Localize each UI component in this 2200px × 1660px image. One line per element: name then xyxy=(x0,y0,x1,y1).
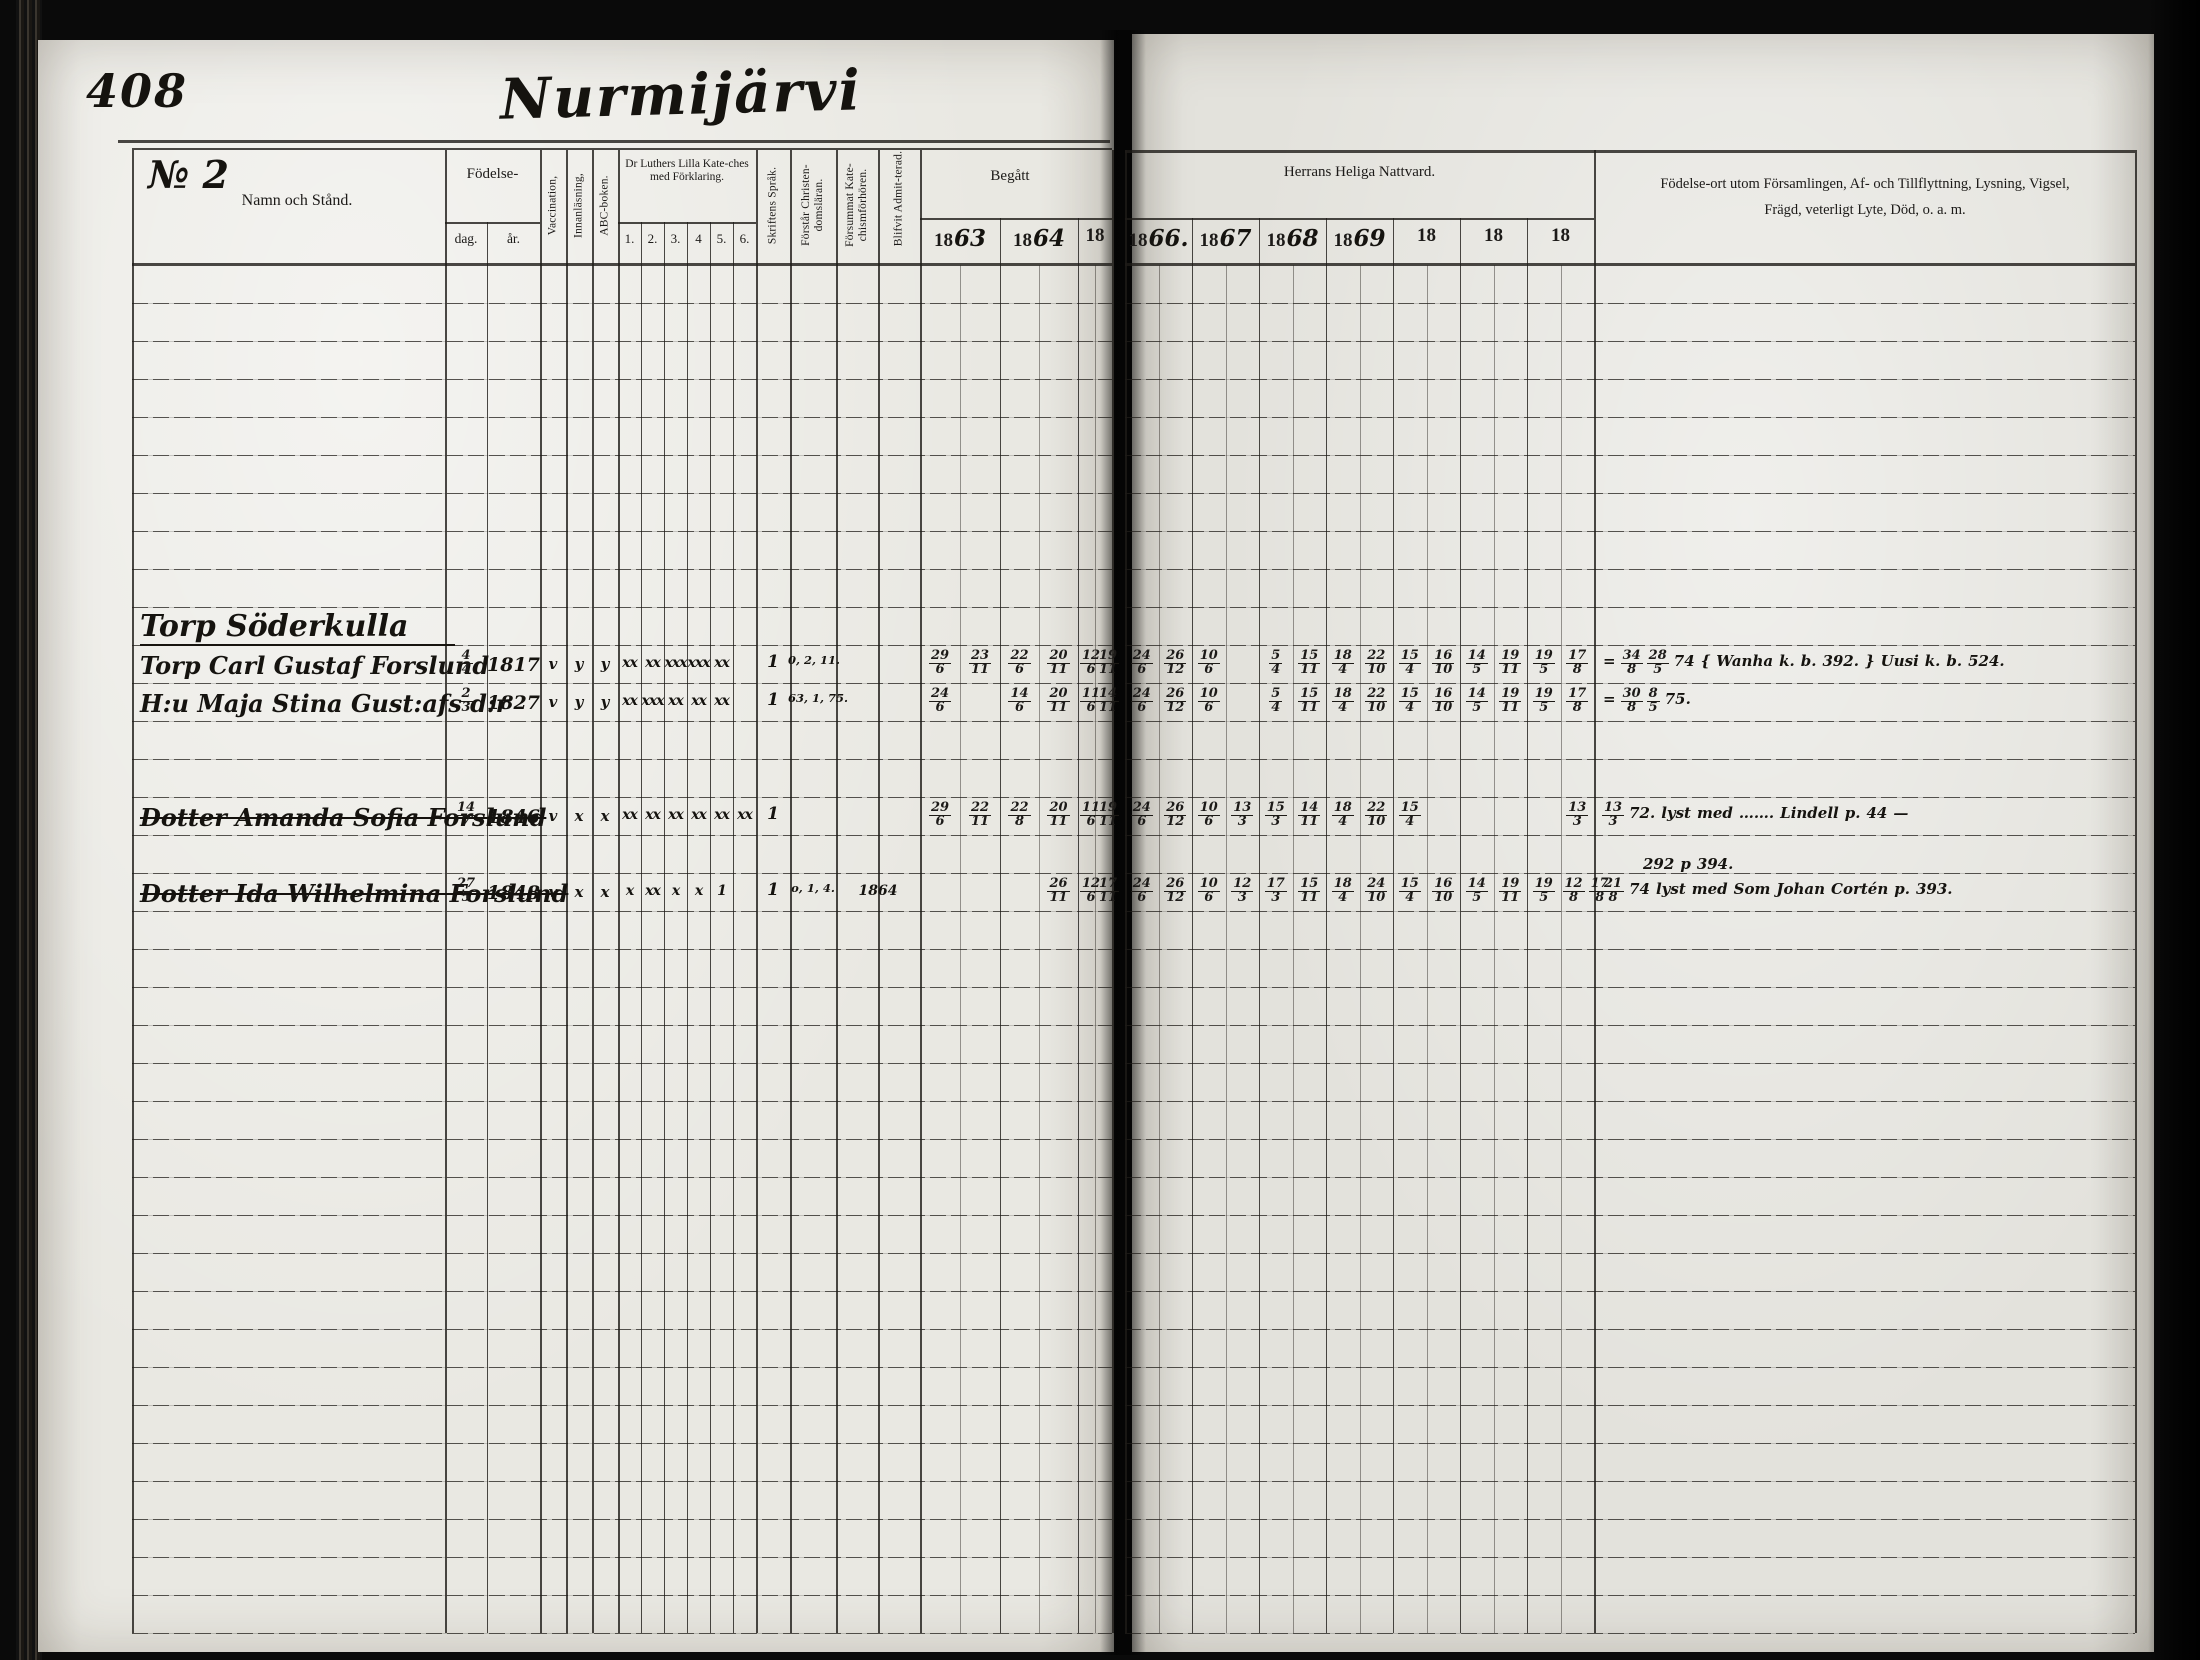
entry-catechism-mark: xx xyxy=(664,807,687,823)
entry-communion-date: 2612 xyxy=(1159,878,1193,904)
grid-row-line xyxy=(1125,911,2135,912)
entry-communion-date: 195 xyxy=(1527,878,1561,904)
grid-row-line xyxy=(132,835,1112,836)
entry-communion-date: 296 xyxy=(920,650,960,676)
farm-heading: Torp Söderkulla xyxy=(140,609,455,646)
year-header-cell: 18 xyxy=(1527,225,1594,247)
entry-communion-date: 106 xyxy=(1192,802,1226,828)
entry-communion-date: 154 xyxy=(1393,688,1427,714)
entry-scripture-language: 1 xyxy=(756,880,790,900)
entry-vaccination-mark: v xyxy=(540,655,566,673)
notes-header-line2: Frägd, veterligt Lyte, Död, o. a. m. xyxy=(1600,202,2130,219)
year-header-cell: 18 xyxy=(1393,225,1460,247)
grid-row-line xyxy=(132,721,1112,722)
grid-subcol-line xyxy=(1039,265,1040,1633)
missed-exams-header: Försummat Kate-chismförhören. xyxy=(844,149,870,261)
entry-margin-note: 21874lystmedSomJohanCorténp.393. xyxy=(1600,878,2140,904)
grid-row-line xyxy=(132,1025,1112,1026)
entry-communion-date: 146 xyxy=(1000,688,1039,714)
entry-communion-date: 116 xyxy=(1078,802,1095,828)
grid-row-line xyxy=(1125,379,2135,380)
grid-row-line xyxy=(1125,721,2135,722)
entry-communion-date: 1610 xyxy=(1427,650,1461,676)
grid-row-line xyxy=(1125,455,2135,456)
grid-subcol-line xyxy=(1293,265,1294,1633)
entry-communion-date: 2011 xyxy=(1039,650,1078,676)
grid-row-line xyxy=(1125,1557,2135,1558)
entry-reading-mark: y xyxy=(566,655,592,673)
grid-row-line xyxy=(132,1253,1112,1254)
entry-communion-date: 1511 xyxy=(1293,878,1327,904)
grid-col-line xyxy=(664,222,665,1633)
entry-communion-date: 178 xyxy=(1561,650,1595,676)
entry-communion-date: 184 xyxy=(1326,802,1360,828)
grid-subcol-line xyxy=(1226,265,1227,1633)
grid-row-line xyxy=(1125,1139,2135,1140)
entry-admitted-year: 1864 xyxy=(836,883,920,899)
grid-row-line xyxy=(132,303,1112,304)
grid-row-line xyxy=(1125,987,2135,988)
table-top-rule xyxy=(1125,150,2135,153)
grid-row-line xyxy=(1125,1253,2135,1254)
entry-margin-note: =34828574{Wanhak.b.392.}Uusik.b.524. xyxy=(1600,650,2140,676)
catechism-subcolumn-header: 6. xyxy=(733,231,756,247)
grid-row-line xyxy=(132,759,1112,760)
entry-vaccination-mark: v xyxy=(540,883,566,901)
page-title-script: Nurmijärvi xyxy=(499,57,862,132)
year-header-cell: 1866. xyxy=(1125,225,1192,252)
grid-col-line xyxy=(132,150,134,1633)
entry-catechism-mark: xx xyxy=(618,807,641,823)
entry-communion-date: 106 xyxy=(1192,650,1226,676)
entry-communion-date: 154 xyxy=(1393,802,1427,828)
entry-communion-date: 246 xyxy=(1125,878,1159,904)
entry-reading-mark: y xyxy=(566,693,592,711)
entry-communion-date: 1911 xyxy=(1494,878,1528,904)
entry-catechism-mark: xxx xyxy=(687,655,710,671)
grid-row-line xyxy=(132,607,1112,608)
entry-understands-note: o, 1, 4. xyxy=(788,881,838,895)
entry-catechism-mark: xx xyxy=(710,807,733,823)
grid-col-line xyxy=(1259,218,1260,1633)
header-sub-rule xyxy=(445,222,540,224)
grid-row-line xyxy=(132,1291,1112,1292)
entry-communion-date: 246 xyxy=(1125,688,1159,714)
grid-subcol-line xyxy=(1561,265,1562,1633)
grid-row-line xyxy=(1125,1025,2135,1026)
entry-communion-date: 106 xyxy=(1192,878,1226,904)
entry-abc-mark: y xyxy=(592,655,618,673)
year-header-cell: 18 xyxy=(1460,225,1527,247)
year-header-cell: 1863 xyxy=(920,225,1000,252)
entry-birth-year: 1817 xyxy=(487,654,540,676)
entry-communion-date: 1610 xyxy=(1427,688,1461,714)
grid-row-line xyxy=(132,1329,1112,1330)
entry-scripture-language: 1 xyxy=(756,652,790,672)
entry-communion-date: 154 xyxy=(1393,878,1427,904)
entry-communion-date: 1411 xyxy=(1293,802,1327,828)
grid-col-line xyxy=(733,222,734,1633)
year-header-cell: 1867 xyxy=(1192,225,1259,252)
entry-catechism-mark: xx xyxy=(664,693,687,709)
book-gutter xyxy=(1100,30,1146,1655)
entry-communion-date: 246 xyxy=(1125,650,1159,676)
grid-col-line xyxy=(487,222,488,1633)
grid-row-line xyxy=(132,1519,1112,1520)
entry-birth-day: 23 xyxy=(445,688,487,714)
entry-communion-date: 1911 xyxy=(1095,802,1112,828)
entry-communion-date: 154 xyxy=(1393,650,1427,676)
grid-row-line xyxy=(132,797,1112,798)
entry-catechism-mark: xxx xyxy=(641,693,664,709)
grid-row-line xyxy=(1125,607,2135,608)
grid-row-line xyxy=(132,987,1112,988)
grid-col-line xyxy=(1393,218,1394,1633)
entry-birth-year: 1846 xyxy=(487,806,540,828)
entry-communion-date: 2410 xyxy=(1360,878,1394,904)
grid-row-line xyxy=(1125,1101,2135,1102)
entry-communion-date: 126 xyxy=(1078,878,1095,904)
grid-col-line xyxy=(641,222,642,1633)
grid-row-line xyxy=(1125,1215,2135,1216)
year-row-rule xyxy=(920,218,1112,220)
entry-catechism-mark: xx xyxy=(733,807,756,823)
entry-reading-mark: x xyxy=(566,883,592,901)
entry-communion-date: 184 xyxy=(1326,650,1360,676)
entry-communion-date: 106 xyxy=(1192,688,1226,714)
grid-subcol-line xyxy=(1360,265,1361,1633)
grid-row-line xyxy=(132,341,1112,342)
entry-catechism-mark: xx xyxy=(641,883,664,899)
birth-day-header: dag. xyxy=(445,231,487,247)
entry-scripture-language: 1 xyxy=(756,690,790,710)
right-page xyxy=(1132,34,2154,1652)
entry-communion-date: 133 xyxy=(1561,802,1595,828)
entry-communion-date: 2211 xyxy=(960,802,1000,828)
grid-row-line xyxy=(132,1595,1112,1596)
catechism-subcolumn-header: 1. xyxy=(618,231,641,247)
page-number: 408 xyxy=(86,64,188,118)
grid-col-line xyxy=(1078,218,1079,1633)
year-header-cell: 1869 xyxy=(1326,225,1393,252)
entry-number-script: № 2 xyxy=(148,152,229,197)
entry-communion-date: 2210 xyxy=(1360,688,1394,714)
entry-name: Dotter Amanda Sofia Forslund xyxy=(140,803,440,832)
entry-communion-date: 133 xyxy=(1226,802,1260,828)
grid-subcol-line xyxy=(1494,265,1495,1633)
entry-communion-date: 1511 xyxy=(1293,688,1327,714)
table-top-rule xyxy=(132,148,1112,150)
grid-row-line xyxy=(1125,493,2135,494)
grid-col-line xyxy=(710,222,711,1633)
grid-row-line xyxy=(1125,1519,2135,1520)
grid-row-line xyxy=(132,417,1112,418)
reading-header: Innanläsning, xyxy=(573,150,586,262)
entry-name: Torp Carl Gustaf Forslund xyxy=(140,651,440,680)
header-bottom-rule xyxy=(132,263,1112,266)
entry-abc-mark: x xyxy=(592,883,618,901)
entry-communion-date: 2612 xyxy=(1159,688,1193,714)
entry-communion-date: 173 xyxy=(1259,878,1293,904)
entry-catechism-mark: xx xyxy=(710,655,733,671)
entry-communion-date: 1511 xyxy=(1293,650,1327,676)
birth-year-header: år. xyxy=(487,231,540,247)
entry-communion-date: 145 xyxy=(1460,688,1494,714)
entry-communion-date: 2612 xyxy=(1159,802,1193,828)
grid-subcol-line xyxy=(1159,265,1160,1633)
grid-row-line xyxy=(1125,341,2135,342)
abc-book-header: ABC-boken. xyxy=(599,150,612,262)
begatt-header: Begått xyxy=(920,168,1100,185)
grid-col-line xyxy=(1460,218,1461,1633)
entry-communion-date: 54 xyxy=(1259,688,1293,714)
entry-communion-date: 184 xyxy=(1326,878,1360,904)
entry-communion-date: 2011 xyxy=(1039,802,1078,828)
entry-communion-date: 1711 xyxy=(1095,878,1112,904)
understands-doctrine-header: Förstår Christen-domsläran. xyxy=(800,149,826,261)
catechism-subcolumn-header: 5. xyxy=(710,231,733,247)
grid-row-line xyxy=(1125,835,2135,836)
grid-row-line xyxy=(132,911,1112,912)
entry-communion-date: 1911 xyxy=(1095,650,1112,676)
grid-col-line xyxy=(1000,218,1001,1633)
entry-margin-note: 292p394. xyxy=(1640,855,1736,874)
entry-communion-date: 145 xyxy=(1460,650,1494,676)
entry-birth-day: 275 xyxy=(445,878,487,904)
grid-row-line xyxy=(1125,1443,2135,1444)
entry-birth-year: 1848 xyxy=(487,882,540,904)
entry-communion-date: 1911 xyxy=(1494,688,1528,714)
grid-row-line xyxy=(1125,645,2135,646)
grid-row-line xyxy=(1125,1481,2135,1482)
entry-communion-date: 2011 xyxy=(1039,688,1078,714)
entry-communion-date: 126 xyxy=(1078,650,1095,676)
catechism-subcolumn-header: 3. xyxy=(664,231,687,247)
entry-abc-mark: x xyxy=(592,807,618,825)
grid-row-line xyxy=(1125,1405,2135,1406)
entry-communion-date: 116 xyxy=(1078,688,1095,714)
entry-communion-date: 54 xyxy=(1259,650,1293,676)
entry-communion-date: 123 xyxy=(1226,878,1260,904)
book-scan: 408 Nurmijärvi № 2 Namn och Stånd. Födel… xyxy=(0,0,2200,1660)
grid-row-line xyxy=(132,1367,1112,1368)
entry-communion-date: 228 xyxy=(1000,802,1039,828)
grid-row-line xyxy=(1125,797,2135,798)
entry-reading-mark: x xyxy=(566,807,592,825)
grid-subcol-line xyxy=(1427,265,1428,1633)
birth-column-header: Födelse- xyxy=(445,166,540,183)
entry-catechism-mark: 1 xyxy=(710,883,733,899)
grid-row-line xyxy=(1125,303,2135,304)
grid-row-line xyxy=(132,1101,1112,1102)
grid-row-line xyxy=(132,569,1112,570)
grid-row-line xyxy=(132,683,1112,684)
grid-row-line xyxy=(132,1557,1112,1558)
entry-abc-mark: y xyxy=(592,693,618,711)
grid-row-line xyxy=(132,1139,1112,1140)
entry-communion-date: 128178 xyxy=(1561,878,1595,904)
grid-row-line xyxy=(132,1443,1112,1444)
grid-row-line xyxy=(132,493,1112,494)
entry-communion-date: 1610 xyxy=(1427,878,1461,904)
title-rule xyxy=(118,140,1110,143)
entry-communion-date: 2612 xyxy=(1159,650,1193,676)
entry-birth-day: 44 xyxy=(445,650,487,676)
admitted-header: Blifvit Admit-terad. xyxy=(893,143,906,255)
entry-catechism-mark: xx xyxy=(687,693,710,709)
entry-communion-date: 1411 xyxy=(1095,688,1112,714)
grid-row-line xyxy=(1125,417,2135,418)
entry-communion-date: 2210 xyxy=(1360,650,1394,676)
entry-scripture-language: 1 xyxy=(756,804,790,824)
entry-communion-date: 1911 xyxy=(1494,650,1528,676)
entry-understands-note: 0, 2, 11. xyxy=(788,653,838,667)
entry-communion-date: 153 xyxy=(1259,802,1293,828)
grid-row-line xyxy=(1125,683,2135,684)
grid-row-line xyxy=(132,1633,1112,1634)
grid-subcol-line xyxy=(1095,265,1096,1633)
entry-understands-note: 63, 1, 75. xyxy=(788,691,838,705)
entry-communion-date: 178 xyxy=(1561,688,1595,714)
entry-catechism-mark: x xyxy=(618,883,641,899)
scan-right-edge xyxy=(2148,0,2200,1660)
communion-header: Herrans Heliga Nattvard. xyxy=(1125,164,1594,181)
grid-row-line xyxy=(132,531,1112,532)
entry-catechism-mark: xx xyxy=(641,655,664,671)
grid-row-line xyxy=(132,1063,1112,1064)
grid-row-line xyxy=(1125,1595,2135,1596)
grid-row-line xyxy=(1125,873,2135,874)
entry-communion-date: 2611 xyxy=(1039,878,1078,904)
catechism-subcolumn-header: 4 xyxy=(687,231,710,247)
grid-col-line xyxy=(920,150,922,1633)
grid-row-line xyxy=(132,455,1112,456)
grid-row-line xyxy=(132,1215,1112,1216)
entry-catechism-mark: x xyxy=(664,883,687,899)
grid-row-line xyxy=(1125,569,2135,570)
grid-row-line xyxy=(1125,531,2135,532)
entry-communion-date: 296 xyxy=(920,802,960,828)
grid-row-line xyxy=(1125,1367,2135,1368)
grid-col-line xyxy=(687,222,688,1633)
grid-row-line xyxy=(1125,759,2135,760)
entry-catechism-mark: xx xyxy=(641,807,664,823)
grid-row-line xyxy=(132,949,1112,950)
entry-vaccination-mark: v xyxy=(540,693,566,711)
entry-communion-date: 195 xyxy=(1527,650,1561,676)
entry-name: Dotter Ida Wilhelmina Forslund xyxy=(140,879,440,908)
notes-header-line1: Födelse-ort utom Församlingen, Af- och T… xyxy=(1600,176,2130,193)
entry-communion-date: 184 xyxy=(1326,688,1360,714)
grid-row-line xyxy=(1125,1291,2135,1292)
grid-col-line xyxy=(1527,218,1528,1633)
entry-communion-date: 145 xyxy=(1460,878,1494,904)
grid-row-line xyxy=(1125,1177,2135,1178)
entry-birth-day: 147 xyxy=(445,802,487,828)
year-header-cell: 18 xyxy=(1078,225,1112,247)
entry-catechism-mark: x xyxy=(687,883,710,899)
entry-catechism-mark: xx xyxy=(618,655,641,671)
year-row-rule xyxy=(1125,218,1594,220)
entry-catechism-mark: xx xyxy=(710,693,733,709)
entry-margin-note: =3088575. xyxy=(1600,688,2140,714)
grid-row-line xyxy=(132,1481,1112,1482)
header-bottom-rule xyxy=(1125,263,2135,266)
grid-row-line xyxy=(1125,1633,2135,1634)
entry-catechism-mark: xx xyxy=(687,807,710,823)
grid-row-line xyxy=(132,1177,1112,1178)
entry-communion-date: 195 xyxy=(1527,688,1561,714)
entry-communion-date: 2210 xyxy=(1360,802,1394,828)
entry-communion-date: 246 xyxy=(920,688,960,714)
year-header-cell: 1868 xyxy=(1259,225,1326,252)
scripture-language-header: Skriftens Språk. xyxy=(767,150,780,262)
entry-communion-date: 2311 xyxy=(960,650,1000,676)
vaccination-header: Vaccination, xyxy=(547,150,560,262)
grid-col-line xyxy=(1192,218,1193,1633)
entry-margin-note: 13372.lystmed…….Lindellp.44— xyxy=(1600,802,2140,828)
entry-communion-date: 226 xyxy=(1000,650,1039,676)
grid-row-line xyxy=(1125,949,2135,950)
catechism-header: Dr Luthers Lilla Kate-ches med Förklarin… xyxy=(619,158,755,184)
entry-birth-year: 1827 xyxy=(487,692,540,714)
grid-row-line xyxy=(132,1405,1112,1406)
grid-row-line xyxy=(1125,1063,2135,1064)
entry-communion-date: 246 xyxy=(1125,802,1159,828)
entry-catechism-mark: xx xyxy=(618,693,641,709)
entry-catechism-mark: xxx xyxy=(664,655,687,671)
grid-row-line xyxy=(1125,1329,2135,1330)
grid-row-line xyxy=(132,379,1112,380)
grid-row-line xyxy=(132,873,1112,874)
grid-subcol-line xyxy=(960,265,961,1633)
entry-vaccination-mark: v xyxy=(540,807,566,825)
name-column-header: Namn och Stånd. xyxy=(172,192,422,210)
catechism-subcolumn-header: 2. xyxy=(641,231,664,247)
entry-name: H:u Maja Stina Gust:afs d:r xyxy=(140,689,440,718)
grid-col-line xyxy=(1326,218,1327,1633)
year-header-cell: 1864 xyxy=(1000,225,1078,252)
left-page xyxy=(38,40,1114,1652)
